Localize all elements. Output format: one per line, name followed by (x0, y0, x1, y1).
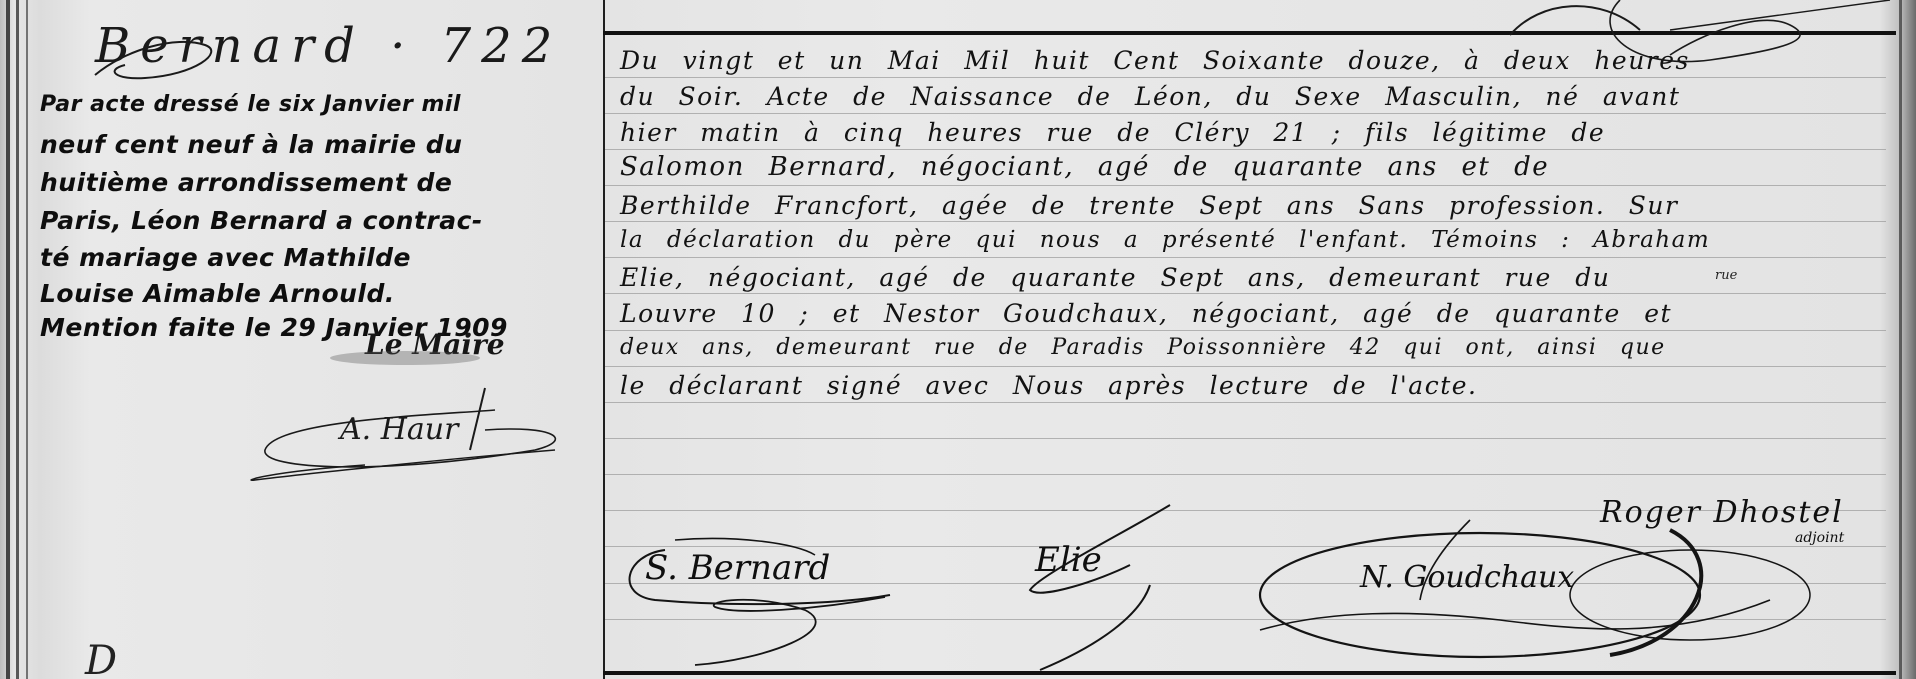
page-right-edge (1899, 0, 1902, 679)
surname-heading: Bernard (95, 18, 365, 74)
margin-note-line: neuf cent neuf à la mairie du (40, 130, 462, 159)
ruled-line (605, 474, 1886, 475)
officer-title: adjoint (1795, 530, 1844, 546)
ruled-line (605, 438, 1886, 439)
ruled-line (605, 113, 1886, 114)
act-text-line: Louvre 10 ; et Nestor Goudchaux, négocia… (620, 299, 1672, 328)
margin-note-line: huitième arrondissement de (40, 168, 452, 197)
ruled-line (605, 257, 1886, 258)
margin-note-line: Par acte dressé le six Janvier mil (40, 92, 461, 117)
next-entry-initial: D (85, 638, 117, 679)
ruled-line (605, 185, 1886, 186)
margin-heading: Bernard · 722 (95, 18, 562, 74)
act-text-line: deux ans, demeurant rue de Paradis Poiss… (620, 335, 1666, 360)
act-text-line: Salomon Bernard, négociant, agé de quara… (620, 152, 1549, 182)
act-text-line: Berthilde Francfort, agée de trente Sept… (620, 191, 1678, 220)
act-top-border (603, 31, 1896, 35)
act-number: 722 (441, 18, 563, 74)
ruled-line (605, 402, 1886, 403)
officer-signature-margin: A. Haur (340, 412, 458, 447)
interlinear-correction: rue (1715, 268, 1737, 283)
father-signature: S. Bernard (645, 548, 830, 588)
act-text-line: la déclaration du père qui nous a présen… (620, 227, 1710, 253)
ruled-line (605, 366, 1886, 367)
ruled-line (605, 619, 1886, 620)
act-text-line: Du vingt et un Mai Mil huit Cent Soixant… (620, 46, 1690, 75)
witness-2-signature: N. Goudchaux (1360, 560, 1574, 595)
register-page: Bernard · 722 Par acte dressé le six Jan… (0, 0, 1916, 679)
mayor-title-signature: Le Maire (365, 328, 505, 361)
heading-separator: · (390, 18, 415, 74)
ruled-line (605, 330, 1886, 331)
act-text-line: Elie, négociant, agé de quarante Sept an… (620, 263, 1610, 292)
ruled-line (605, 546, 1886, 547)
binding-edge-line (16, 0, 19, 679)
act-text-line: le déclarant signé avec Nous après lectu… (620, 371, 1478, 400)
act-text-line: du Soir. Acte de Naissance de Léon, du S… (620, 82, 1680, 111)
act-bottom-border (603, 671, 1896, 675)
binding-edge-line (26, 0, 28, 679)
margin-note-line: té mariage avec Mathilde (40, 243, 411, 272)
witness-1-signature: Elie (1035, 540, 1102, 580)
ruled-line (605, 77, 1886, 78)
binding-edge-line (6, 0, 10, 679)
witness-1-flourish (1010, 495, 1210, 675)
ruled-line (605, 221, 1886, 222)
margin-note-line: Louise Aimable Arnould. (40, 279, 395, 308)
officer-signature: Roger Dhostel (1600, 495, 1844, 530)
act-text-line: hier matin à cinq heures rue de Cléry 21… (620, 118, 1605, 147)
column-divider (603, 0, 605, 679)
ruled-line (605, 293, 1886, 294)
margin-note-line: Paris, Léon Bernard a contrac- (40, 206, 483, 235)
ruled-line (605, 149, 1886, 150)
